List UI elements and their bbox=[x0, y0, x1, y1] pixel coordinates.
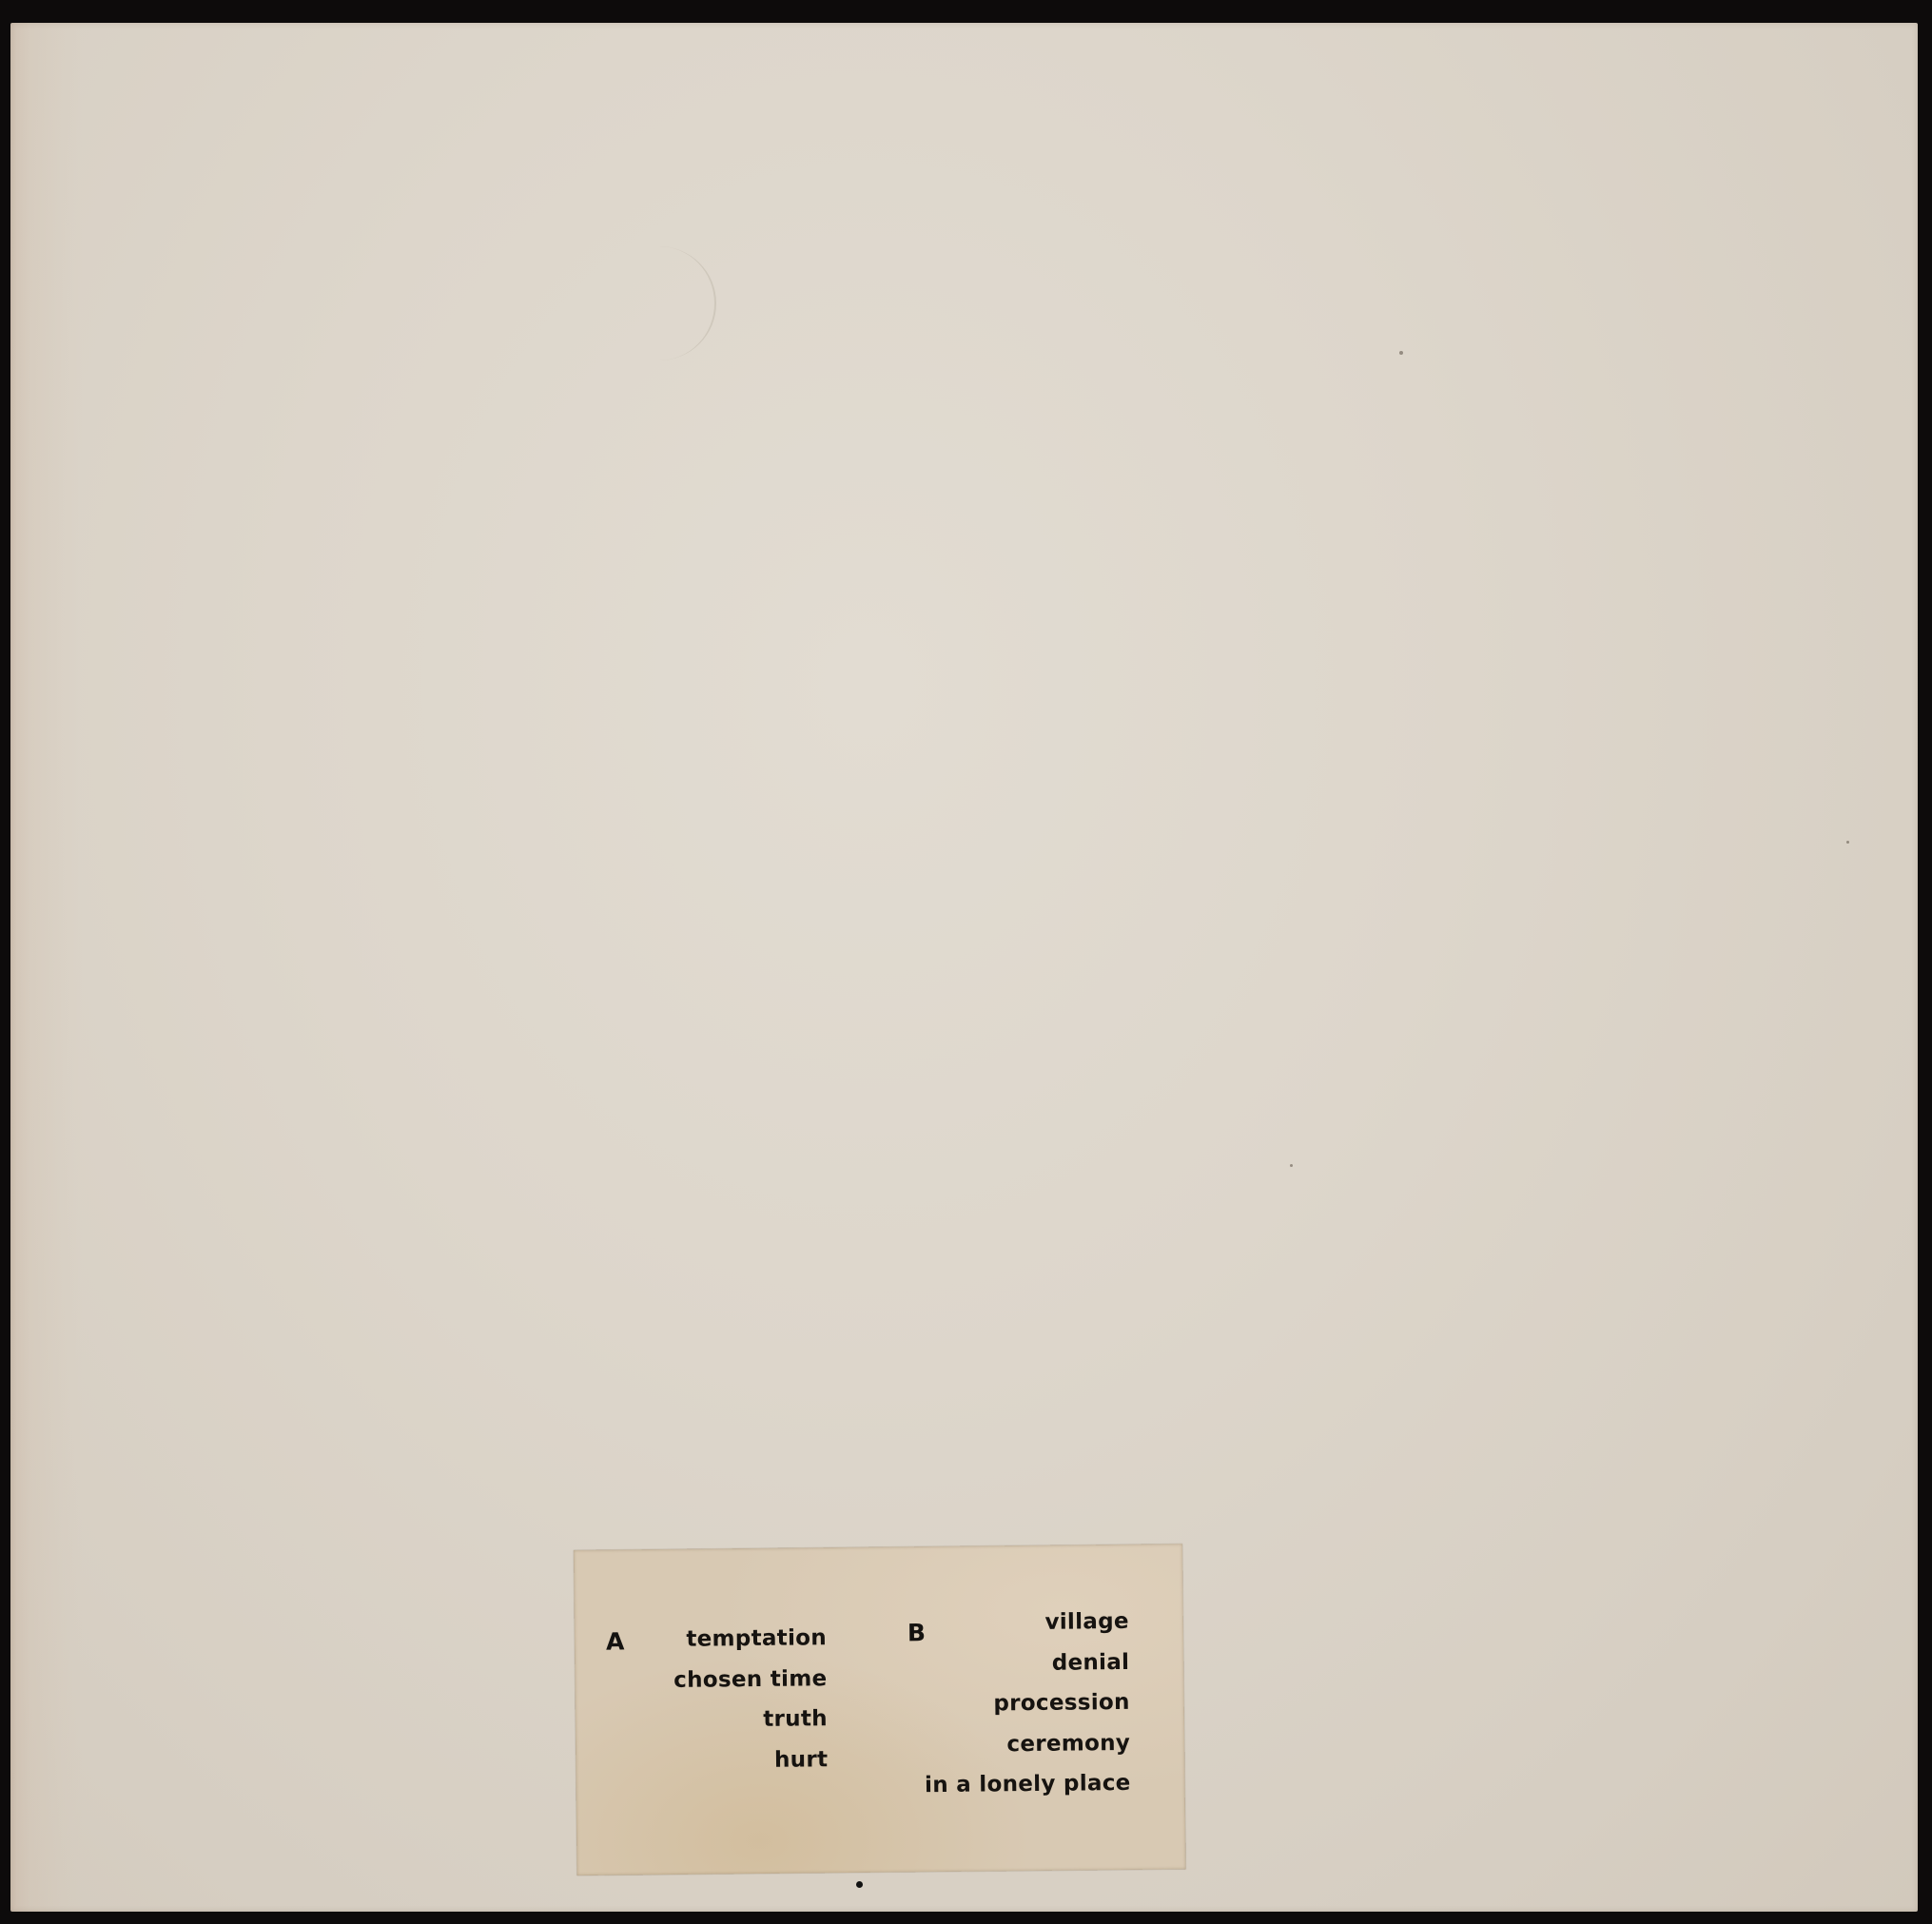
speck bbox=[1846, 841, 1849, 844]
track-title: village bbox=[882, 1602, 1129, 1644]
speck bbox=[1399, 351, 1403, 355]
tracklist-label: A temptation chosen time truth hurt B vi… bbox=[574, 1544, 1186, 1875]
track-title: truth bbox=[599, 1699, 828, 1741]
ink-dot bbox=[856, 1881, 863, 1888]
ring-wear-mark bbox=[543, 246, 716, 360]
track-title: temptation bbox=[598, 1618, 827, 1661]
track-title: denial bbox=[882, 1642, 1129, 1684]
side-a-tracklist: temptation chosen time truth hurt bbox=[598, 1618, 829, 1782]
track-title: ceremony bbox=[883, 1722, 1130, 1765]
track-title: chosen time bbox=[598, 1659, 827, 1701]
photograph: A temptation chosen time truth hurt B vi… bbox=[0, 0, 1932, 1924]
track-title: in a lonely place bbox=[883, 1763, 1130, 1806]
speck bbox=[1290, 1164, 1293, 1167]
side-b-tracklist: village denial procession ceremony in a … bbox=[882, 1602, 1131, 1806]
track-title: hurt bbox=[599, 1739, 828, 1782]
track-title: procession bbox=[883, 1682, 1130, 1725]
